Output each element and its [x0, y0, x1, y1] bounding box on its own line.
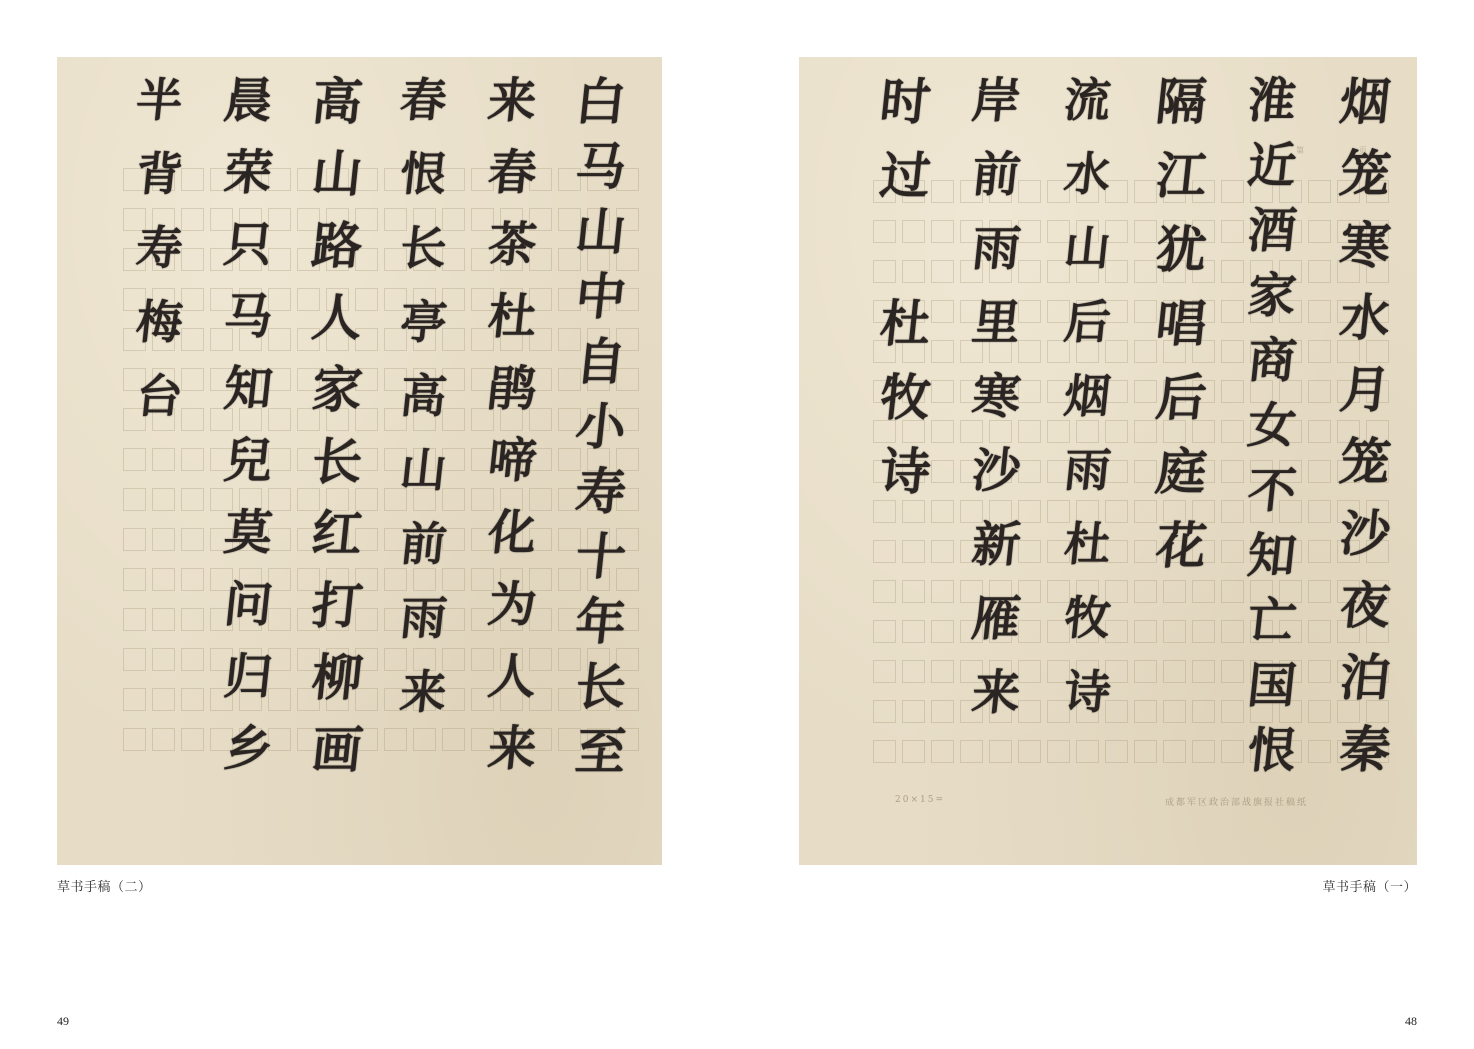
grid-cell: [442, 488, 465, 511]
calligraphy-character: 前: [395, 521, 449, 595]
calligraphy-character: 乡: [219, 725, 275, 797]
calligraphy-character: 水: [1059, 151, 1113, 225]
grid-cell: [931, 660, 954, 683]
grid-cell: [1192, 700, 1215, 723]
grid-cell: [1018, 340, 1041, 363]
grid-cell: [1221, 420, 1244, 443]
grid-cell: [181, 728, 204, 751]
grid-row: [873, 180, 1393, 203]
grid-cell: [931, 700, 954, 723]
grid-cell: [1134, 300, 1157, 323]
grid-cell: [1192, 660, 1215, 683]
calligraphy-character: 泊: [1335, 653, 1393, 725]
grid-cell: [1134, 700, 1157, 723]
calligraphy-column: 岸前雨里寒沙新雁来: [971, 77, 1019, 743]
grid-cell: [902, 580, 925, 603]
grid-cell: [1018, 260, 1041, 283]
grid-cell: [1018, 620, 1041, 643]
grid-cell: [181, 528, 204, 551]
grid-cell: [442, 408, 465, 431]
grid-cell: [1221, 580, 1244, 603]
grid-cell: [152, 688, 175, 711]
calligraphy-character: 烟: [1335, 77, 1393, 149]
grid-cell: [1134, 540, 1157, 563]
grid-cell: [931, 620, 954, 643]
calligraphy-character: 春: [395, 77, 449, 151]
grid-cell: [931, 260, 954, 283]
calligraphy-character: 女: [1244, 402, 1299, 467]
calligraphy-character: 红: [307, 509, 365, 581]
stationery-publisher-label: 成都军区政治部战旗报社稿纸: [1165, 795, 1308, 808]
calligraphy-character: 背: [131, 151, 185, 225]
calligraphy-character: 半: [131, 77, 185, 151]
calligraphy-character: 马: [219, 293, 275, 365]
calligraphy-column: 半背寿梅台: [135, 77, 181, 447]
grid-cell: [1018, 420, 1041, 443]
calligraphy-character: 荣: [219, 149, 275, 221]
grid-cell: [1221, 700, 1244, 723]
grid-cell: [931, 460, 954, 483]
grid-row: [873, 220, 1393, 243]
grid-cell: [1221, 740, 1244, 763]
page-number-left: 49: [57, 1014, 69, 1029]
grid-cell: [873, 540, 896, 563]
calligraphy-character: 花: [1151, 521, 1209, 595]
grid-cell: [123, 648, 146, 671]
calligraphy-character: 寒: [967, 373, 1023, 447]
grid-cell: [1308, 540, 1331, 563]
calligraphy-column: 烟笼寒水月笼沙夜泊秦: [1339, 77, 1389, 797]
grid-cell: [1308, 260, 1331, 283]
calligraphy-character: 山: [395, 447, 449, 521]
grid-cell: [1308, 460, 1331, 483]
grid-cell: [1134, 460, 1157, 483]
grid-cell: [931, 340, 954, 363]
calligraphy-character: 秦: [1335, 725, 1393, 797]
grid-cell: [152, 648, 175, 671]
figure-caption-right: 草书手稿（一）: [1322, 876, 1417, 895]
calligraphy-character: 亭: [395, 299, 449, 373]
grid-cell: [902, 540, 925, 563]
calligraphy-character: 人: [483, 653, 539, 725]
grid-cell: [1308, 620, 1331, 643]
calligraphy-character: 里: [967, 299, 1023, 373]
grid-cell: [873, 580, 896, 603]
calligraphy-character: 后: [1059, 299, 1113, 373]
calligraphy-character: 长: [307, 437, 365, 509]
calligraphy-character: 近: [1244, 142, 1299, 207]
calligraphy-character: 自: [572, 337, 629, 402]
calligraphy-character: 白: [572, 77, 629, 142]
grid-cell: [1308, 180, 1331, 203]
grid-cell: [902, 660, 925, 683]
grid-cell: [931, 500, 954, 523]
manuscript-grid: [873, 180, 1393, 783]
calligraphy-character: 烟: [1059, 373, 1113, 447]
grid-cell: [1308, 300, 1331, 323]
calligraphy-character: 国: [1244, 662, 1299, 727]
grid-cell: [1308, 700, 1331, 723]
grid-row: [123, 728, 643, 751]
grid-row: [873, 620, 1393, 643]
grid-row: [123, 448, 643, 471]
grid-cell: [931, 300, 954, 323]
calligraphy-character: 来: [967, 669, 1023, 743]
calligraphy-character: 山: [572, 207, 629, 272]
grid-row: [123, 328, 643, 351]
grid-row: [873, 420, 1393, 443]
calligraphy-column: 春恨长亭高山前雨来: [399, 77, 445, 743]
grid-cell: [181, 168, 204, 191]
calligraphy-column: 时过 杜牧诗: [879, 77, 929, 521]
calligraphy-character: 寒: [1335, 221, 1393, 293]
calligraphy-character: 中: [572, 272, 629, 337]
grid-row: [123, 608, 643, 631]
grid-row: [873, 500, 1393, 523]
calligraphy-character: 来: [483, 725, 539, 797]
grid-cell: [1308, 660, 1331, 683]
calligraphy-character: 小: [572, 402, 629, 467]
calligraphy-character: 人: [307, 293, 365, 365]
calligraphy-character: 至: [572, 727, 629, 792]
calligraphy-character: 归: [219, 653, 275, 725]
grid-row: [123, 688, 643, 711]
grid-row: [123, 368, 643, 391]
calligraphy-character: 台: [131, 373, 185, 447]
calligraphy-character: 雨: [967, 225, 1023, 299]
calligraphy-character: 来: [483, 77, 539, 149]
calligraphy-character: 庭: [1151, 447, 1209, 521]
calligraphy-character: 晨: [219, 77, 275, 149]
grid-count-label: 20×15=: [895, 795, 945, 805]
grid-cell: [123, 568, 146, 591]
grid-cell: [1308, 340, 1331, 363]
grid-cell: [442, 568, 465, 591]
calligraphy-character: 莫: [219, 509, 275, 581]
calligraphy-column: 白马山中自小寿十年长至: [575, 77, 625, 792]
grid-cell: [1221, 660, 1244, 683]
grid-cell: [1308, 220, 1331, 243]
grid-cell: [123, 448, 146, 471]
calligraphy-character: 问: [219, 581, 275, 653]
grid-row: [123, 568, 643, 591]
grid-cell: [181, 408, 204, 431]
manuscript-grid: [123, 168, 643, 788]
grid-cell: [1018, 700, 1041, 723]
grid-row: [123, 488, 643, 511]
calligraphy-column: 流水山后烟雨杜牧诗: [1063, 77, 1109, 743]
grid-cell: [152, 728, 175, 751]
grid-row: [873, 340, 1393, 363]
calligraphy-character: 高: [307, 77, 365, 149]
grid-cell: [1221, 300, 1244, 323]
grid-row: [873, 660, 1393, 683]
calligraphy-character: 诗: [1059, 669, 1113, 743]
grid-cell: [152, 488, 175, 511]
grid-cell: [873, 740, 896, 763]
grid-cell: [181, 248, 204, 271]
calligraphy-column: 来春茶杜鹃啼化为人来: [487, 77, 535, 797]
calligraphy-character: 为: [483, 581, 539, 653]
calligraphy-character: 酒: [1244, 207, 1299, 272]
grid-cell: [1163, 660, 1186, 683]
grid-row: [873, 300, 1393, 323]
grid-cell: [123, 528, 146, 551]
grid-row: [123, 208, 643, 231]
grid-row: [873, 740, 1393, 763]
grid-cell: [1221, 340, 1244, 363]
grid-cell: [181, 568, 204, 591]
calligraphy-character: 不: [1244, 467, 1299, 532]
calligraphy-character: 春: [483, 149, 539, 221]
grid-cell: [1221, 620, 1244, 643]
calligraphy-character: 牧: [875, 373, 933, 447]
grid-cell: [1163, 700, 1186, 723]
calligraphy-character: 马: [572, 142, 629, 207]
calligraphy-character: 犹: [1151, 225, 1209, 299]
grid-cell: [931, 540, 954, 563]
grid-row: [123, 168, 643, 191]
calligraphy-column: 淮近酒家商女不知亡国恨: [1247, 77, 1295, 792]
calligraphy-character: 时: [875, 77, 933, 151]
grid-cell: [931, 220, 954, 243]
grid-cell: [1163, 740, 1186, 763]
grid-cell: [1221, 460, 1244, 483]
calligraphy-character: 杜: [483, 293, 539, 365]
grid-cell: [989, 740, 1012, 763]
grid-cell: [873, 700, 896, 723]
grid-cell: [1134, 740, 1157, 763]
grid-cell: [1163, 620, 1186, 643]
grid-row: [123, 648, 643, 671]
grid-cell: [1192, 740, 1215, 763]
grid-cell: [1308, 380, 1331, 403]
grid-cell: [1308, 740, 1331, 763]
calligraphy-character: 寿: [572, 467, 629, 532]
calligraphy-character: 十: [572, 532, 629, 597]
grid-cell: [181, 328, 204, 351]
grid-cell: [1047, 740, 1070, 763]
calligraphy-character: 家: [1244, 272, 1299, 337]
calligraphy-character: 啼: [483, 437, 539, 509]
grid-cell: [1192, 620, 1215, 643]
grid-row: [123, 408, 643, 431]
grid-cell: [902, 700, 925, 723]
calligraphy-character: 路: [307, 221, 365, 293]
grid-cell: [1221, 380, 1244, 403]
grid-cell: [181, 688, 204, 711]
grid-cell: [181, 448, 204, 471]
grid-cell: [1308, 420, 1331, 443]
grid-row: [123, 248, 643, 271]
grid-cell: [181, 608, 204, 631]
grid-cell: [1134, 660, 1157, 683]
grid-cell: [123, 488, 146, 511]
calligraphy-character: 梅: [131, 299, 185, 373]
calligraphy-character: 恨: [1244, 727, 1299, 792]
grid-cell: [931, 580, 954, 603]
calligraphy-character: 岸: [967, 77, 1023, 151]
calligraphy-character: 家: [307, 365, 365, 437]
calligraphy-character: 月: [1335, 365, 1393, 437]
grid-row: [873, 700, 1393, 723]
grid-row: [873, 460, 1393, 483]
calligraphy-character: 沙: [967, 447, 1023, 521]
grid-row: [123, 288, 643, 311]
calligraphy-character: 鹃: [483, 365, 539, 437]
calligraphy-character: 年: [572, 597, 629, 662]
grid-cell: [268, 328, 291, 351]
calligraphy-character: 山: [307, 149, 365, 221]
grid-cell: [442, 728, 465, 751]
manuscript-page-left: 白马山中自小寿十年长至来春茶杜鹃啼化为人来春恨长亭高山前雨来高山路人家长红打柳画…: [57, 57, 662, 865]
calligraphy-character: 前: [967, 151, 1023, 225]
manuscript-page-right: 第 页 烟笼寒水月笼沙夜泊秦淮近酒家商女不知亡国恨隔江犹唱后庭花流水山后烟雨杜牧…: [799, 57, 1417, 865]
figure-caption-left: 草书手稿（二）: [57, 876, 152, 895]
grid-cell: [152, 608, 175, 631]
calligraphy-character: 新: [967, 521, 1023, 595]
grid-cell: [1018, 460, 1041, 483]
grid-cell: [873, 660, 896, 683]
calligraphy-character: 唱: [1151, 299, 1209, 373]
grid-cell: [1221, 500, 1244, 523]
grid-row: [873, 380, 1393, 403]
grid-cell: [181, 488, 204, 511]
calligraphy-character: 寿: [131, 225, 185, 299]
calligraphy-character: 恨: [395, 151, 449, 225]
calligraphy-character: 长: [395, 225, 449, 299]
grid-cell: [268, 688, 291, 711]
calligraphy-character: 水: [1335, 293, 1393, 365]
grid-cell: [268, 408, 291, 431]
calligraphy-character: 牧: [1059, 595, 1113, 669]
calligraphy-character: 长: [572, 662, 629, 727]
grid-cell: [1134, 620, 1157, 643]
calligraphy-character: 商: [1244, 337, 1299, 402]
grid-cell: [1076, 740, 1099, 763]
calligraphy-character: 杜: [1059, 521, 1113, 595]
calligraphy-character: 诗: [875, 447, 933, 521]
grid-row: [873, 540, 1393, 563]
grid-cell: [1221, 540, 1244, 563]
calligraphy-character: 后: [1151, 373, 1209, 447]
grid-cell: [1308, 500, 1331, 523]
calligraphy-character: 知: [1244, 532, 1299, 597]
calligraphy-character: 高: [395, 373, 449, 447]
grid-cell: [152, 528, 175, 551]
calligraphy-character: [900, 225, 908, 299]
grid-cell: [1134, 380, 1157, 403]
calligraphy-character: 雁: [967, 595, 1023, 669]
calligraphy-column: 高山路人家长红打柳画: [311, 77, 361, 797]
grid-cell: [123, 608, 146, 631]
grid-cell: [1018, 740, 1041, 763]
grid-cell: [931, 380, 954, 403]
grid-cell: [123, 688, 146, 711]
calligraphy-character: 流: [1059, 77, 1113, 151]
grid-cell: [902, 620, 925, 643]
calligraphy-character: 淮: [1244, 77, 1299, 142]
calligraphy-character: 笼: [1335, 437, 1393, 509]
calligraphy-character: 江: [1151, 151, 1209, 225]
calligraphy-character: 隔: [1151, 77, 1209, 151]
calligraphy-character: 沙: [1335, 509, 1393, 581]
calligraphy-character: 雨: [1059, 447, 1113, 521]
grid-cell: [902, 740, 925, 763]
grid-cell: [152, 568, 175, 591]
grid-cell: [181, 648, 204, 671]
grid-cell: [931, 180, 954, 203]
calligraphy-character: 来: [395, 669, 449, 743]
calligraphy-character: 夜: [1335, 581, 1393, 653]
page-number-right: 48: [1405, 1014, 1417, 1029]
grid-cell: [873, 620, 896, 643]
grid-cell: [1221, 220, 1244, 243]
calligraphy-character: 亡: [1244, 597, 1299, 662]
calligraphy-character: 化: [483, 509, 539, 581]
calligraphy-character: 柳: [307, 653, 365, 725]
calligraphy-character: 打: [307, 581, 365, 653]
calligraphy-character: 画: [307, 725, 365, 797]
calligraphy-character: 只: [219, 221, 275, 293]
calligraphy-character: 茶: [483, 221, 539, 293]
grid-cell: [1018, 180, 1041, 203]
grid-cell: [931, 420, 954, 443]
calligraphy-character: 山: [1059, 225, 1113, 299]
calligraphy-character: 雨: [395, 595, 449, 669]
calligraphy-character: 杜: [875, 299, 933, 373]
grid-cell: [960, 740, 983, 763]
grid-row: [123, 528, 643, 551]
grid-cell: [152, 448, 175, 471]
grid-row: [873, 580, 1393, 603]
grid-cell: [1221, 180, 1244, 203]
grid-cell: [931, 740, 954, 763]
grid-cell: [1308, 580, 1331, 603]
grid-cell: [1221, 260, 1244, 283]
calligraphy-character: 知: [219, 365, 275, 437]
grid-cell: [1105, 740, 1128, 763]
calligraphy-column: 隔江犹唱后庭花: [1155, 77, 1205, 595]
calligraphy-character: 笼: [1335, 149, 1393, 221]
calligraphy-character: 兒: [219, 437, 275, 509]
calligraphy-character: 过: [875, 151, 933, 225]
calligraphy-column: 晨荣只马知兒莫问归乡: [223, 77, 271, 797]
grid-row: [873, 260, 1393, 283]
grid-cell: [1018, 540, 1041, 563]
grid-cell: [123, 728, 146, 751]
